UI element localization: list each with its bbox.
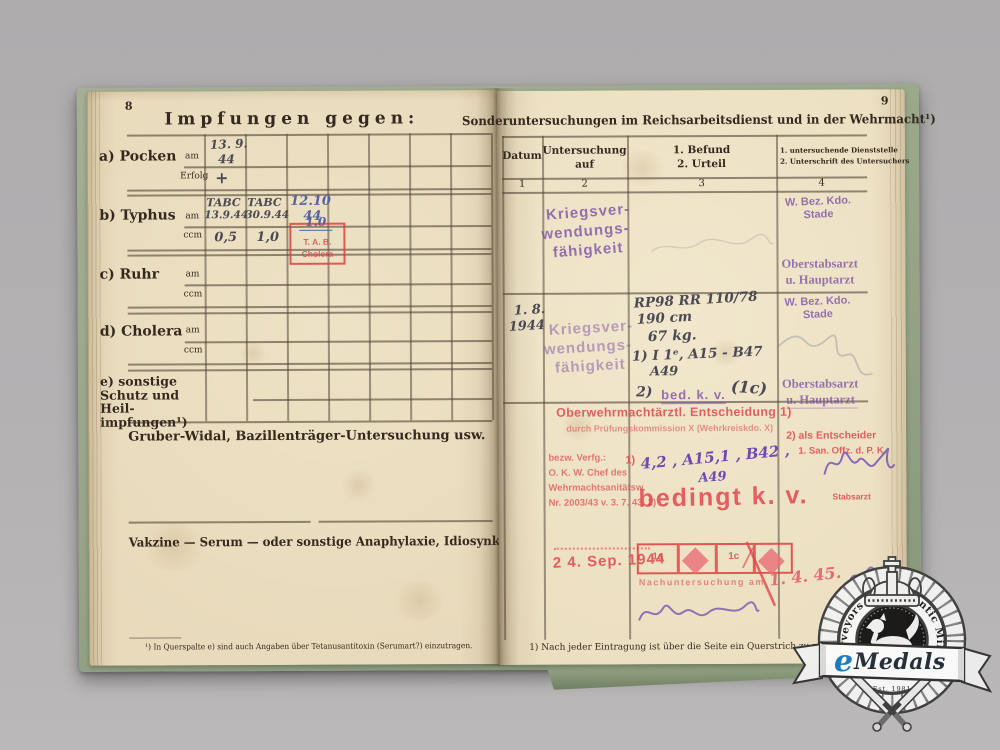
oberwehrmacht-stamp-line1: Oberwehrmachtärztl. Entscheidung 1) [556,405,792,420]
left-page-number: 8 [125,100,133,113]
grade-box-1a: 1a [639,551,677,562]
ink-signature-scribble [633,590,763,631]
left-page: 8 Impfungen gegen: a) Pocken am Erfolg b… [87,90,500,666]
bed-kv-stamp: bed. k. v. [661,387,726,404]
sub-label-ruhr-ccm: ccm [184,289,203,299]
entry-befund-line6-grade: (1c) [730,377,767,398]
entry-befund-line2: 190 cm [636,309,692,328]
entry-typhus1-date: 13.9.44 [204,209,248,221]
entry-datum-line1: 1. 8. [513,302,545,319]
entry-typhus3-date-line1: 12.10 [290,194,331,209]
brand-e: e [834,644,853,679]
date-stamp-rule [554,547,650,549]
book-gutter-shadow [477,88,520,666]
entry-typhus1-dose: 0,5 [214,230,237,245]
col-header-untersuchung: Untersuchung auf [542,143,627,171]
kriegsverwendung-stamp-row1: Kriegsver- wendungs- fähigkeit [545,200,633,263]
kriegsverwendung-stamp-row2: Kriegsver- wendungs- fähigkeit [548,316,635,378]
col-num-4: 4 [776,177,867,188]
sub-label-pocken-am: am [185,151,199,161]
entry-pocken-date-line1: 13. 9. [210,136,248,151]
sub-label-pocken-erfolg: Erfolg [180,171,208,181]
row-label-cholera: d) Cholera [100,323,183,339]
sub-label-typhus-ccm: ccm [183,230,202,240]
tab-cholera-stamp-line1: T. A. B. [291,237,343,247]
sub-label-typhus-am: am [185,211,199,221]
entry-typhus2-date: 30.9.44 [245,209,289,221]
entry-typhus2-dose: 1,0 [256,230,279,245]
bedingt-kv-stamp: bedingt k. v. [638,481,809,514]
pruefung-number-stamp: 1) [625,454,635,466]
entry-befund-line6-num: 2) [636,384,652,400]
oberstabsarzt-stamp-row2: Oberstabsarzt u. Hauptarzt [782,375,859,408]
brand-rest: Medals [853,649,946,675]
col-num-2: 2 [542,178,627,189]
entry-pocken-erfolg: + [215,168,228,187]
ink-signature-scribble [818,434,898,484]
row-label-typhus: b) Typhus [99,207,175,223]
left-footnote: ¹) In Querspalte e) sind auch Angaben üb… [145,641,472,651]
left-page-title: Impfungen gegen: [142,108,442,129]
pruefung-handwriting-line1: 4,2 , A15,1 , B42 , [640,441,791,473]
entry-befund-line4: 1) I 1ᵉ, A15 - B47 [632,344,763,365]
row-label-pocken: a) Pocken [99,148,176,164]
tab-cholera-stamp-line2: Cholera [291,249,343,259]
wbk-stamp-row1: W. Bez. Kdo. Stade [785,194,852,223]
faint-pencil-scribble [647,225,777,262]
sub-label-ruhr-am: am [186,269,200,279]
sub-label-cholera-am: am [186,325,200,335]
note-gruber-widal: Gruber-Widal, Bazillenträger-Untersuchun… [128,428,485,445]
row-label-sonstige: e) sonstige Schutz und Heil- impfungen¹) [100,374,188,428]
col-header-dienststelle: 1. untersuchende Dienststelle 2. Untersc… [780,144,870,166]
entry-typhus3-dose: 1.0 [299,215,332,231]
entry-typhus1-vaccine: TABC [206,196,240,209]
sub-label-cholera-ccm: ccm [184,345,203,355]
entry-typhus2-vaccine: TABC [247,196,281,209]
col-header-befund: 1. Befund 2. Urteil [627,143,776,172]
grade-diamond-icon [682,547,709,574]
stabsarzt-stamp: Stabsarzt [833,491,871,501]
watermark-est: Est. 1981 [873,685,912,693]
row-label-ruhr: c) Ruhr [100,266,159,282]
oberstabsarzt-stamp-row1: Oberstabsarzt u. Hauptarzt [781,255,858,287]
emedals-watermark: Purveyors of Authentic Militaria [792,552,992,748]
entry-befund-line5: A49 [650,364,678,379]
note-vakzine: Vakzine — Serum — oder sonstige Anaphyla… [129,533,533,550]
oberwehrmacht-stamp-line2: durch Prüfungskommission X (Wehrkreiskdo… [566,423,773,434]
col-num-3: 3 [627,178,776,190]
right-page-title: Sonderuntersuchungen im Reichsarbeitsdie… [462,111,936,128]
right-page-number: 9 [881,94,889,107]
entry-pocken-date-line2: 44 [218,152,235,166]
entry-befund-line3: 67 kg. [648,327,697,345]
